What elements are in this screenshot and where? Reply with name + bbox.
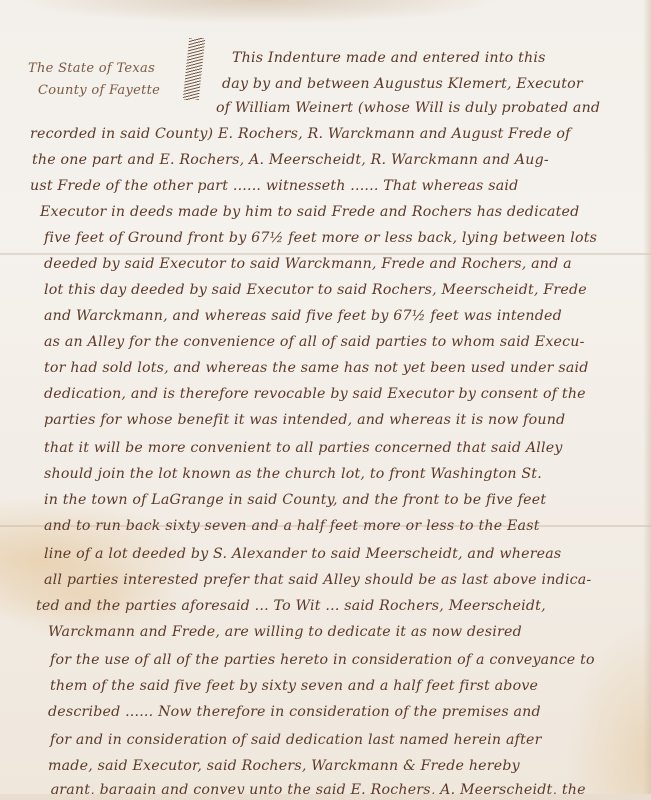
handwritten-line: all parties interested prefer that said …: [44, 572, 591, 588]
handwritten-line: This Indenture made and entered into thi…: [232, 50, 546, 66]
handwritten-line: of William Weinert (whose Will is duly p…: [216, 100, 600, 116]
handwritten-line: Executor in deeds made by him to said Fr…: [40, 204, 579, 220]
handwritten-line: the one part and E. Rochers, A. Meersche…: [32, 152, 549, 168]
handwritten-line: line of a lot deeded by S. Alexander to …: [44, 546, 561, 562]
handwritten-line: day by and between Augustus Klemert, Exe…: [222, 76, 583, 92]
handwritten-line: lot this day deeded by said Executor to …: [44, 282, 587, 298]
scan-edge: [0, 794, 651, 800]
handwritten-line: deeded by said Executor to said Warckman…: [44, 256, 572, 272]
handwritten-line: tor had sold lots, and whereas the same …: [44, 360, 589, 376]
handwritten-line: dedication, and is therefore revocable b…: [44, 386, 586, 402]
handwritten-line: should join the lot known as the church …: [44, 466, 542, 482]
handwritten-line: ust Frede of the other part ...... witne…: [30, 178, 518, 194]
handwritten-line: made, said Executor, said Rochers, Warck…: [48, 758, 520, 774]
handwritten-line: in the town of LaGrange in said County, …: [44, 492, 546, 508]
handwritten-line: recorded in said County) E. Rochers, R. …: [30, 126, 571, 142]
handwritten-line: for and in consideration of said dedicat…: [50, 732, 542, 748]
handwritten-line: that it will be more convenient to all p…: [44, 440, 563, 456]
handwritten-line: and to run back sixty seven and a half f…: [44, 518, 540, 534]
handwritten-line: and Warckmann, and whereas said five fee…: [44, 308, 562, 324]
handwritten-line: as an Alley for the convenience of all o…: [44, 334, 585, 350]
scanned-document-page: The State of Texas County of Fayette Thi…: [0, 0, 651, 800]
handwritten-line: them of the said five feet by sixty seve…: [50, 678, 538, 694]
handwritten-line: five feet of Ground front by 67½ feet mo…: [44, 230, 597, 246]
handwritten-line: described ...... Now therefore in consid…: [48, 704, 541, 720]
handwritten-line: parties for whose benefit it was intende…: [44, 412, 565, 428]
indenture-body: This Indenture made and entered into thi…: [0, 0, 651, 800]
handwritten-line: ted and the parties aforesaid ... To Wit…: [36, 598, 546, 614]
handwritten-line: for the use of all of the parties hereto…: [50, 652, 595, 668]
handwritten-line: Warckmann and Frede, are willing to dedi…: [48, 624, 522, 640]
